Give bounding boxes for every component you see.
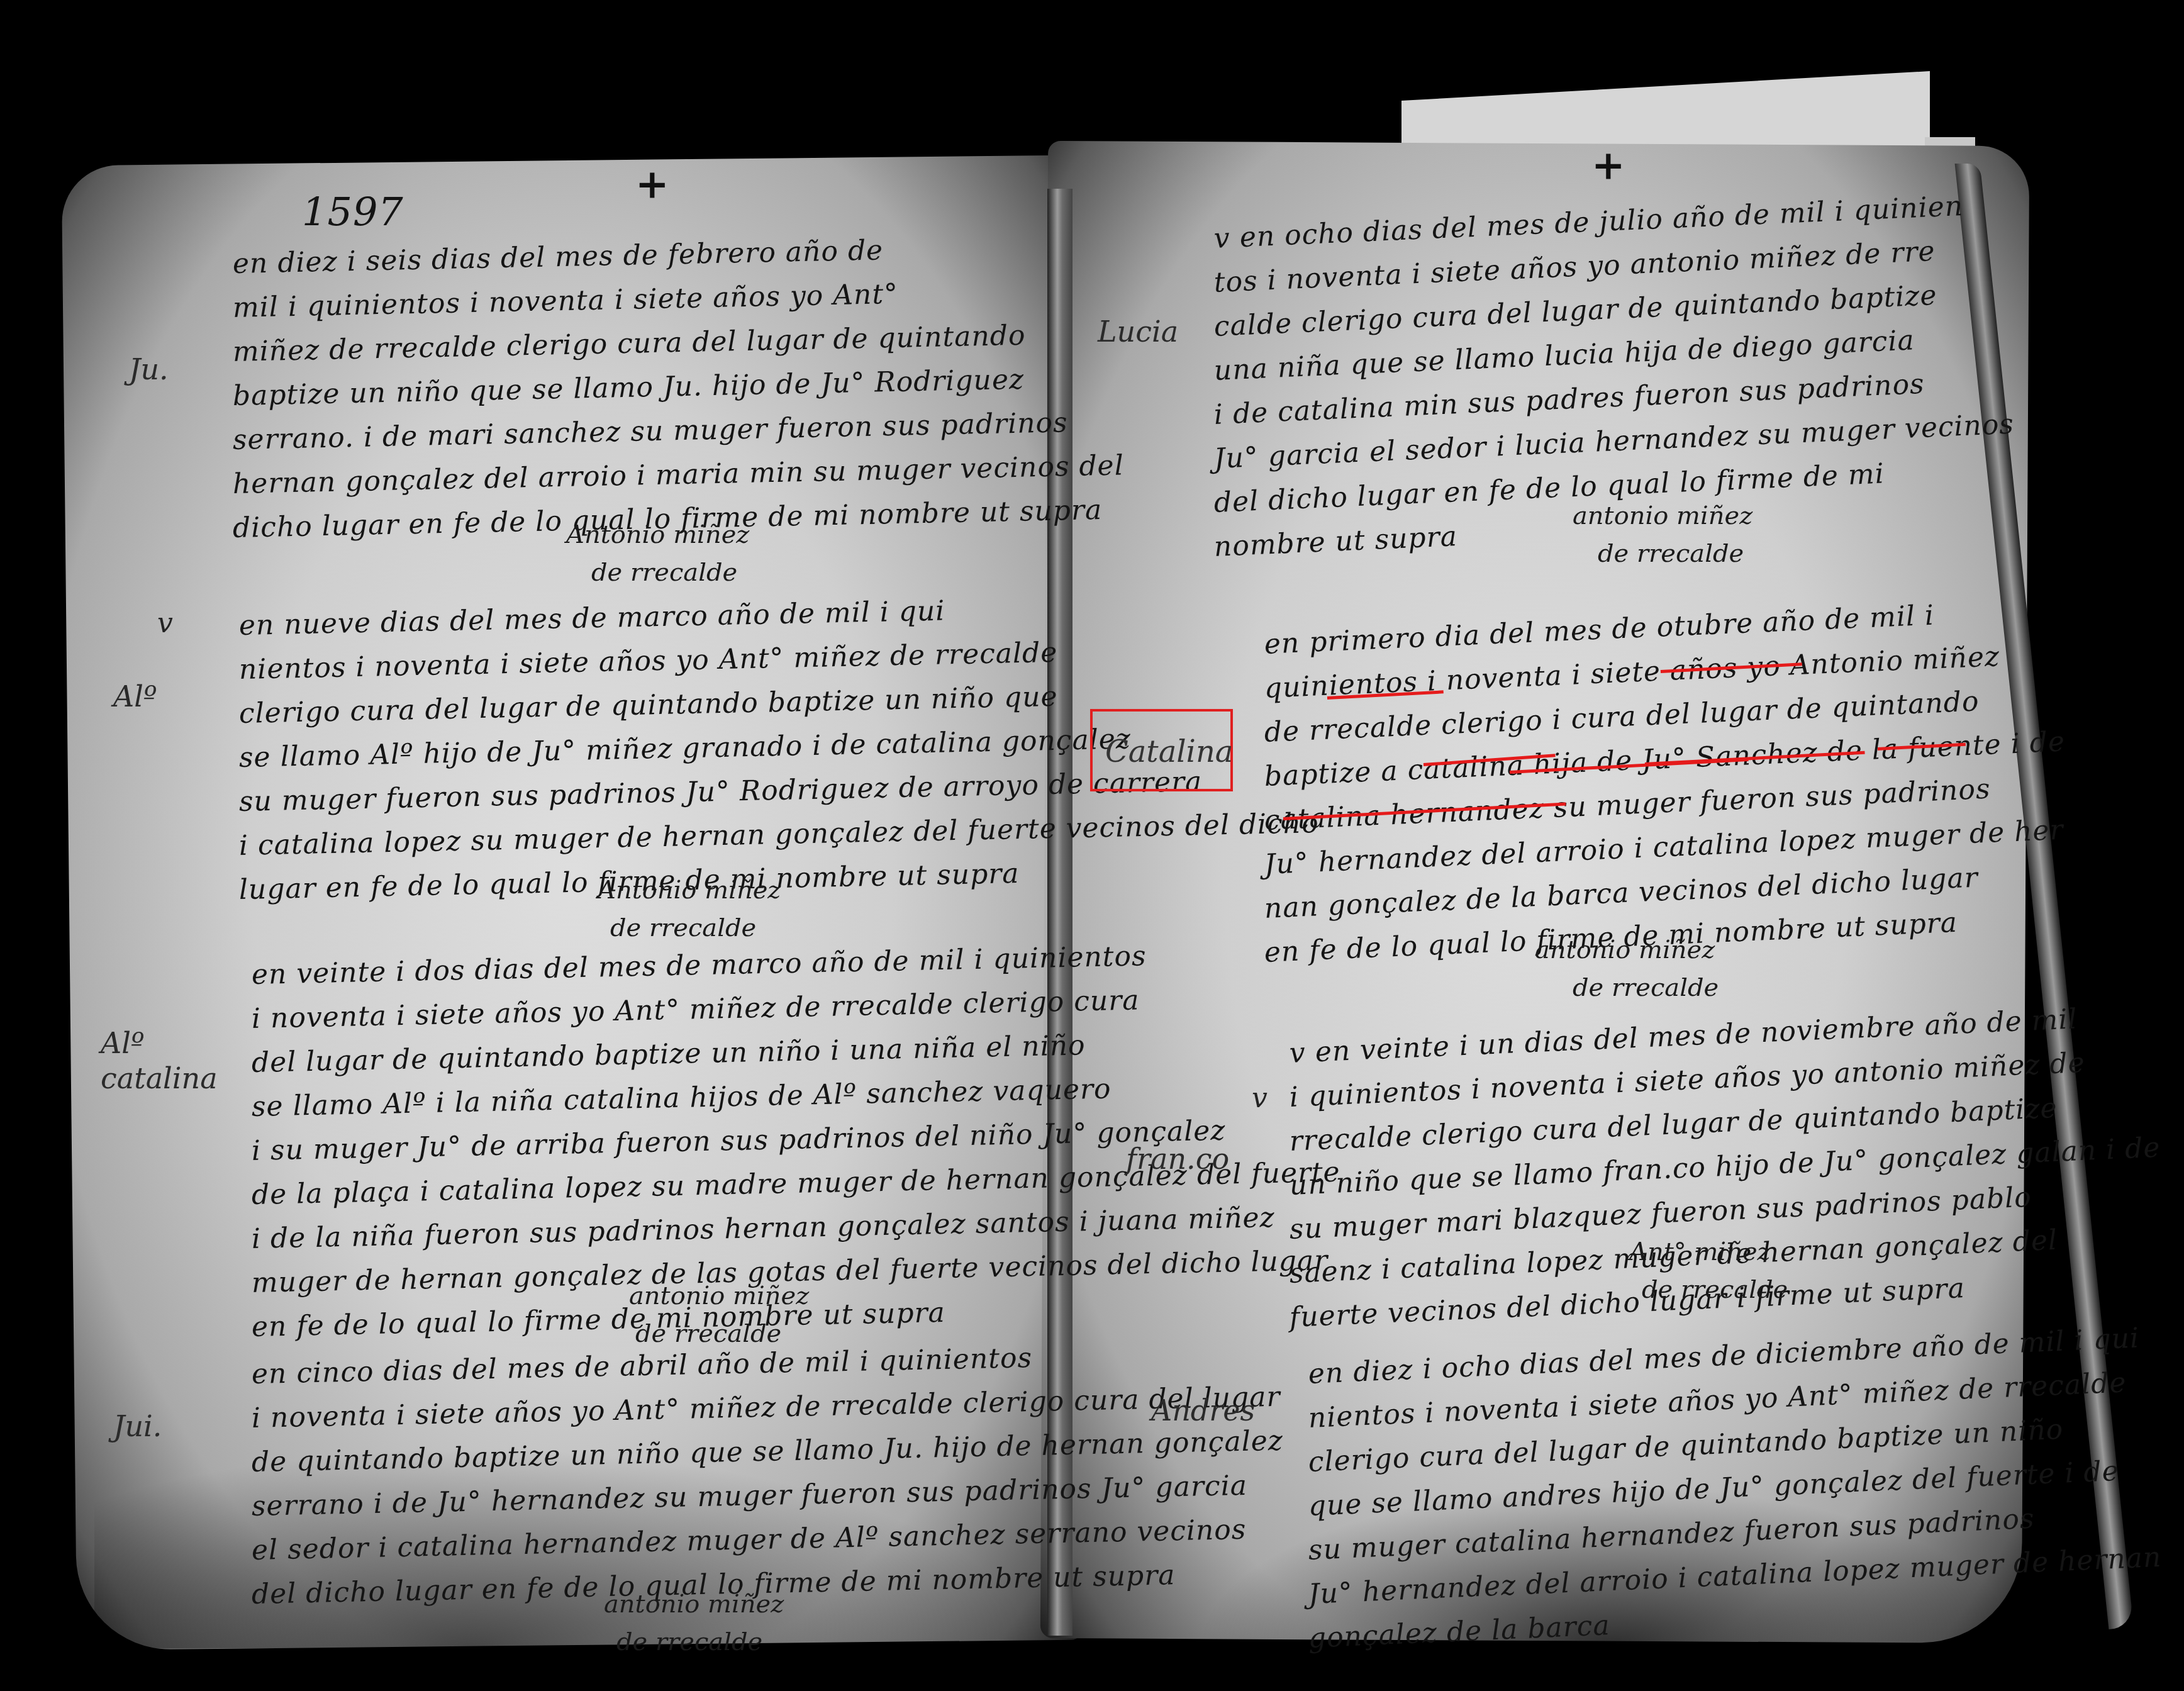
signature-surname: de rrecalde xyxy=(598,909,781,947)
check-mark: v xyxy=(157,607,173,639)
scanned-register-spread: 1597 + + en diez i seis dias del mes de … xyxy=(0,0,2184,1691)
check-mark: v xyxy=(1252,1082,1267,1114)
margin-note: Alº catalina xyxy=(101,1025,201,1096)
signature-name: antonio miñez xyxy=(604,1585,784,1623)
signature-surname: de rrecalde xyxy=(1535,969,1719,1007)
signature-name: antonio miñez xyxy=(629,1277,809,1315)
right-page-cross-mark: + xyxy=(1591,142,1625,189)
margin-note: Andres xyxy=(1151,1393,1255,1427)
left-entry-4: en cinco dias del mes de abril año de mi… xyxy=(252,1353,1283,1617)
left-page-cross-mark: + xyxy=(635,160,669,208)
signature-name: Ant° miñez xyxy=(1629,1233,1788,1271)
left-entry-1: en diez i seis dias del mes de febrero a… xyxy=(233,242,1124,550)
signature-surname: de rrecalde xyxy=(1573,535,1752,572)
right-signature-2: antonio miñez de rrecalde xyxy=(1535,931,1719,1007)
signature-surname: de rrecalde xyxy=(604,1623,784,1661)
signature-name: antonio miñez xyxy=(1535,931,1719,969)
signature-surname: de rrecalde xyxy=(566,554,749,591)
right-signature-3: Ant° miñez de rrecalde xyxy=(1629,1233,1788,1309)
year-heading: 1597 xyxy=(302,189,404,235)
left-signature-4: antonio miñez de rrecalde xyxy=(604,1585,784,1661)
highlighted-name-box: Catalina xyxy=(1090,709,1233,791)
signature-surname: de rrecalde xyxy=(1629,1271,1788,1309)
margin-note: Ju. xyxy=(129,352,169,386)
margin-note: Alº xyxy=(113,679,157,713)
right-entry-4: en diez i ocho dias del mes de diciembre… xyxy=(1308,1353,2163,1661)
margin-note: fran.co xyxy=(1126,1142,1229,1176)
margin-note: Jui. xyxy=(113,1409,162,1443)
right-entry-2: en primero dia del mes de otubre año de … xyxy=(1264,623,2066,975)
left-signature-1: Antonio miñez de rrecalde xyxy=(566,516,749,591)
left-signature-2: Antonio miñez de rrecalde xyxy=(598,871,781,947)
right-signature-1: antonio miñez de rrecalde xyxy=(1573,497,1752,572)
signature-name: Antonio miñez xyxy=(598,871,781,909)
signature-name: antonio miñez xyxy=(1573,497,1752,535)
margin-note: Lucia xyxy=(1098,315,1178,349)
highlighted-name: Catalina xyxy=(1105,734,1233,769)
signature-name: Antonio miñez xyxy=(566,516,749,554)
